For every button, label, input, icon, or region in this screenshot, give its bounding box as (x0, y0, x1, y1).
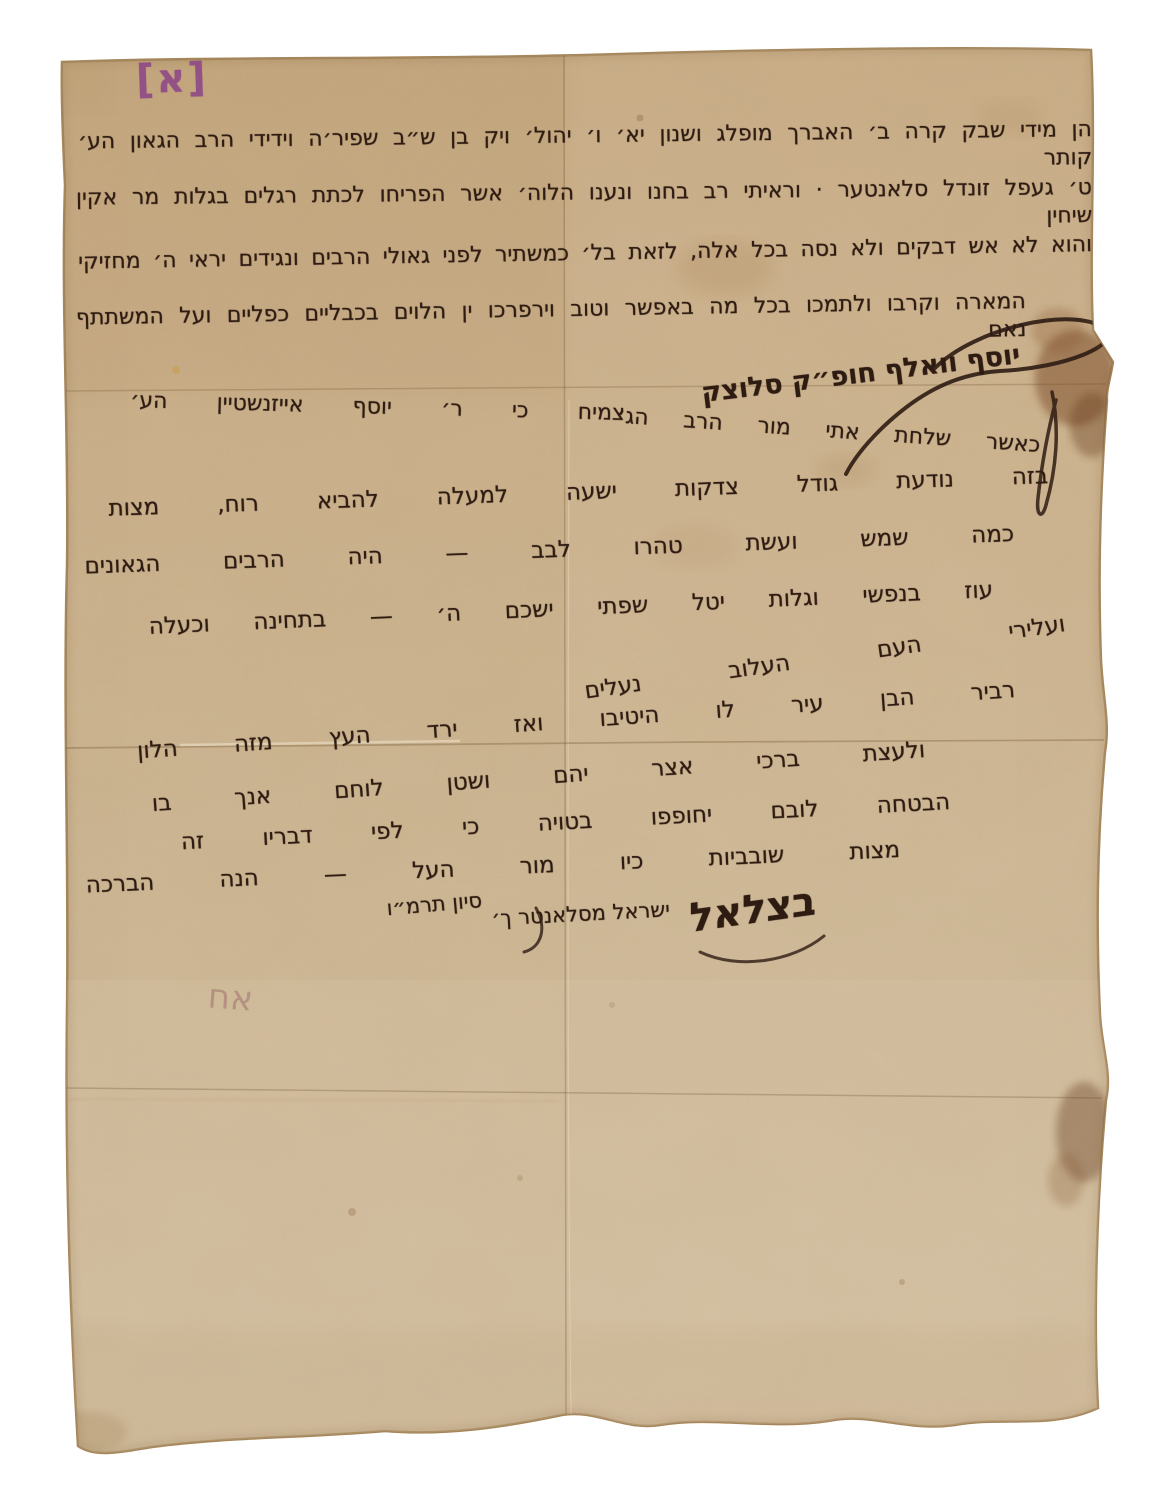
letter1-line-1: הן מידי שבק קרה ב׳ האברך מופלג ושנון יא׳… (78, 116, 1093, 183)
letter2-line-3: בזה נודעת גודל צדקות ישעה למעלה להביא רו… (108, 462, 1048, 524)
handwriting-layer: [א] הן מידי שבק קרה ב׳ האברך מופלג ושנון… (0, 0, 1176, 1500)
faint-pencil-mark: אח (207, 976, 255, 1019)
letter2-signature-name: בצלאל (689, 876, 816, 944)
letter2-line-5: עוז בנפשי וגלות יטל שפתי ישכם ה׳ — בתחינ… (148, 576, 993, 642)
letter2-line-2: צמיח כי ר׳ יוסף אייזנשטיין הע׳ (130, 387, 626, 427)
letter1-signature: יוסף וואלף חופ״ק סלוצק (700, 338, 1022, 410)
letter1-line-2: ט׳ געפל זונדל סלאנטער · וראיתי רב בחנו ו… (76, 174, 1093, 240)
manuscript-scan: [א] הן מידי שבק קרה ב׳ האברך מופלג ושנון… (0, 0, 1176, 1500)
letter1-line-4: המארה וקרבו ולתמכו בכל מה באפשר וטוב ויר… (76, 288, 1027, 360)
letter2-line-4: כמה שמש ועשת טהרו לבב — היה הרבים הגאוני… (84, 520, 1014, 581)
archival-stamp: [א] (135, 55, 208, 103)
letter2-signature-detail: ישראל מסלאנטר ך׳ (468, 895, 694, 933)
letter2-line-1: כאשר שלחת אתי מור הרב הג׳ (615, 402, 1041, 459)
